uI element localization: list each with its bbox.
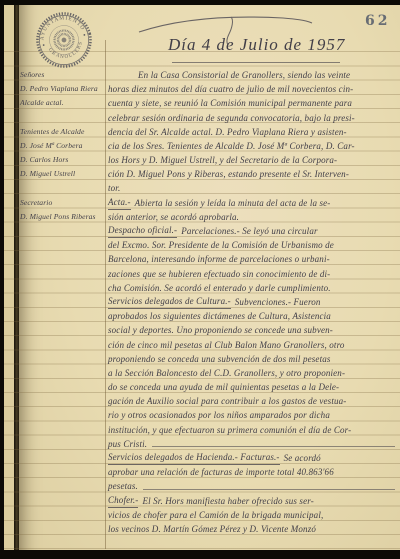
body-line: dencia del Sr. Alcalde actal. D. Pedro V…	[108, 125, 397, 139]
margin-entry: D. Miguel Pons Riberas	[20, 210, 106, 224]
section-heading: Acta.-	[108, 195, 131, 210]
body-line: proponiendo se conceda una subvención de…	[108, 352, 397, 366]
body-line: Chofer.-El Sr. Hors manifiesta haber ofr…	[108, 494, 397, 508]
body-line: del Excmo. Sor. Presidente de la Comisió…	[108, 238, 397, 252]
body-line: celebrar sesión ordinaria de segunda con…	[108, 111, 397, 125]
line-filler-stroke	[143, 489, 395, 490]
body-line: institución, y que efectuaron su primera…	[108, 423, 397, 437]
body-line: vicios de chofer para el Camión de la br…	[108, 508, 397, 522]
body-line: En la Casa Consistorial de Granollers, s…	[108, 68, 397, 82]
margin-entry: Señores	[20, 68, 106, 82]
page-number: 62	[365, 13, 390, 29]
margin-column: SeñoresD. Pedro Viaplana RieraAlcalde ac…	[20, 68, 106, 224]
body-line: aprobar una relación de facturas de impo…	[108, 465, 397, 479]
body-line: pus Cristi.	[108, 437, 397, 451]
section-heading: Servicios delegados de Hacienda.- Factur…	[108, 450, 280, 465]
body-line: los Hors y D. Miguel Ustrell, y del Secr…	[108, 153, 397, 167]
margin-spacer	[20, 182, 106, 196]
title-underline	[172, 62, 340, 63]
line-filler-stroke	[152, 446, 395, 447]
body-line: Barcelona, interesando informe de parcel…	[108, 252, 397, 266]
margin-entry: D. Pedro Viaplana Riera	[20, 82, 106, 96]
session-title: Día 4 de Julio de 1957	[168, 35, 398, 55]
body-line: cia de los Sres. Tenientes de Alcalde D.…	[108, 139, 397, 153]
body-line: zaciones que se hubieren efectuado sin c…	[108, 267, 397, 281]
body-line: pesetas.	[108, 479, 397, 493]
body-line: Servicios delegados de Cultura.-Subvenci…	[108, 295, 397, 309]
body-line: social y deportes. Uno proponiendo se co…	[108, 323, 397, 337]
body-line: do se conceda una ayuda de mil quinienta…	[108, 380, 397, 394]
body-line: ción de cinco mil pesetas al Club Balon …	[108, 338, 397, 352]
body-line: cuenta y siete, se reunió la Comisión mu…	[108, 96, 397, 110]
body-line: aprobados los siguientes dictámenes de C…	[108, 309, 397, 323]
body-line: rio y otros ocasionados por los niños am…	[108, 409, 397, 423]
previous-page-edge	[4, 0, 14, 559]
margin-entry: Tenientes de Alcalde	[20, 125, 106, 139]
body-lines: En la Casa Consistorial de Granollers, s…	[108, 68, 397, 536]
margin-entry: D. Miguel Ustrell	[20, 167, 106, 181]
scan-edge-left	[0, 0, 4, 559]
body-line: a la Sección Baloncesto del C.D. Granoll…	[108, 366, 397, 380]
scan-edge-bottom	[0, 550, 400, 559]
body-line: sión anterior, se acordó aprobarla.	[108, 210, 397, 224]
margin-entry: Secretario	[20, 196, 106, 210]
body-line: Despacho oficial.-Parcelaciones.- Se ley…	[108, 224, 397, 238]
scan-edge-top	[0, 0, 400, 5]
section-heading: Despacho oficial.-	[108, 223, 177, 238]
body-line: gación de Auxilio social para contribuir…	[108, 394, 397, 408]
body-line: Servicios delegados de Hacienda.- Factur…	[108, 451, 397, 465]
margin-spacer	[20, 111, 106, 125]
body-line: cha Comisión. Se acordó el enterado y da…	[108, 281, 397, 295]
margin-entry: D. Carlos Hors	[20, 153, 106, 167]
section-heading: Servicios delegados de Cultura.-	[108, 294, 231, 309]
margin-entry: D. José Mª Corbera	[20, 139, 106, 153]
margin-entry: Alcalde actal.	[20, 96, 106, 110]
body-line: Acta.-Abierta la sesión y leída la minut…	[108, 196, 397, 210]
body-line: ción D. Miguel Pons y Riberas, estando p…	[108, 167, 397, 181]
section-heading: Chofer.-	[108, 493, 138, 508]
body-line: tor.	[108, 182, 397, 196]
body-line: los vecinos D. Martín Gómez Pérez y D. V…	[108, 522, 397, 536]
body-line: horas diez minutos del día cuatro de jul…	[108, 82, 397, 96]
scanned-minutes-page: AYUNTAMIENTO GRANOLLERS 62 Día 4 de Juli…	[0, 0, 400, 559]
